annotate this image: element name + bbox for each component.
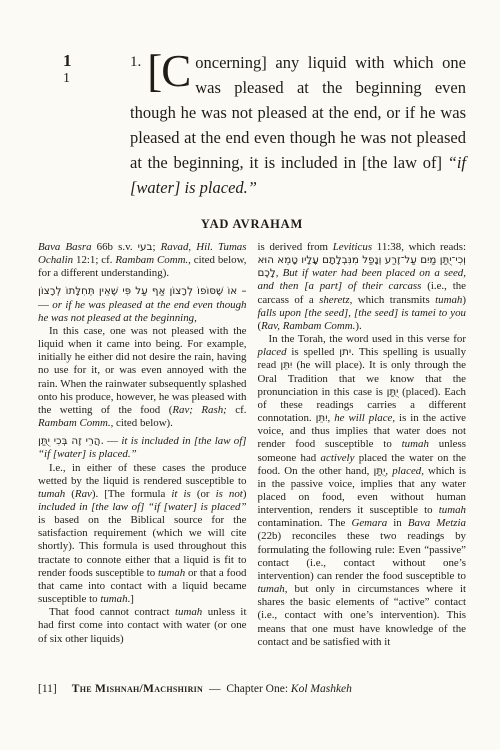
mishnah-paragraph: 1. [C oncerning] any liquid with which o… — [130, 50, 466, 200]
right-column: is derived from Leviticus 11:38, which r… — [258, 241, 467, 649]
commentary-heading: YAD AVRAHAM — [38, 217, 466, 232]
mishnah-dropcap: [C — [147, 50, 190, 92]
footer-book-title: The Mishnah/Machshirin — [72, 683, 203, 695]
footer-chapter-label: Chapter One: — [226, 683, 288, 695]
page-number: [11] — [38, 683, 57, 695]
left-column: Bava Basra 66b s.v. בעי; Ravad, Hil. Tum… — [38, 241, 247, 649]
commentary-paragraph: In this case, one was not pleased with t… — [38, 325, 247, 430]
mishnah-number: 1 — [63, 70, 130, 87]
chapter-number: 1 — [63, 51, 130, 70]
mishnah-lead: 1. [C — [130, 50, 190, 100]
commentary-paragraph: Bava Basra 66b s.v. בעי; Ravad, Hil. Tum… — [38, 241, 247, 280]
commentary-paragraph: I.e., in either of these cases the produ… — [38, 462, 247, 607]
commentary-paragraph: הֲרֵי זֶה בְּכִי יֻתַּן. — it is include… — [38, 435, 247, 461]
footer-separator: — — [209, 683, 221, 695]
mishnah-ordinal: 1. — [130, 50, 141, 74]
page-footer: [11]The Mishnah/Machshirin — Chapter One… — [38, 683, 466, 695]
book-page: 1 1 1. [C oncerning] any liquid with whi… — [0, 0, 500, 750]
commentary-columns: Bava Basra 66b s.v. בעי; Ravad, Hil. Tum… — [38, 241, 466, 649]
commentary-paragraph: is derived from Leviticus 11:38, which r… — [258, 241, 467, 333]
commentary-paragraph: אוֹ שֶׁסּוֹפוֹ לְרָצוֹן אַף עַל פִּי שֶׁ… — [38, 285, 247, 324]
commentary-paragraph: That food cannot contract tumah unless i… — [38, 606, 247, 645]
commentary-paragraph: In the Torah, the word used in this vers… — [258, 333, 467, 649]
margin-numbers: 1 1 — [38, 50, 130, 200]
footer-chapter-name: Kol Mashkeh — [291, 683, 352, 695]
mishnah-block: 1 1 1. [C oncerning] any liquid with whi… — [38, 50, 466, 200]
